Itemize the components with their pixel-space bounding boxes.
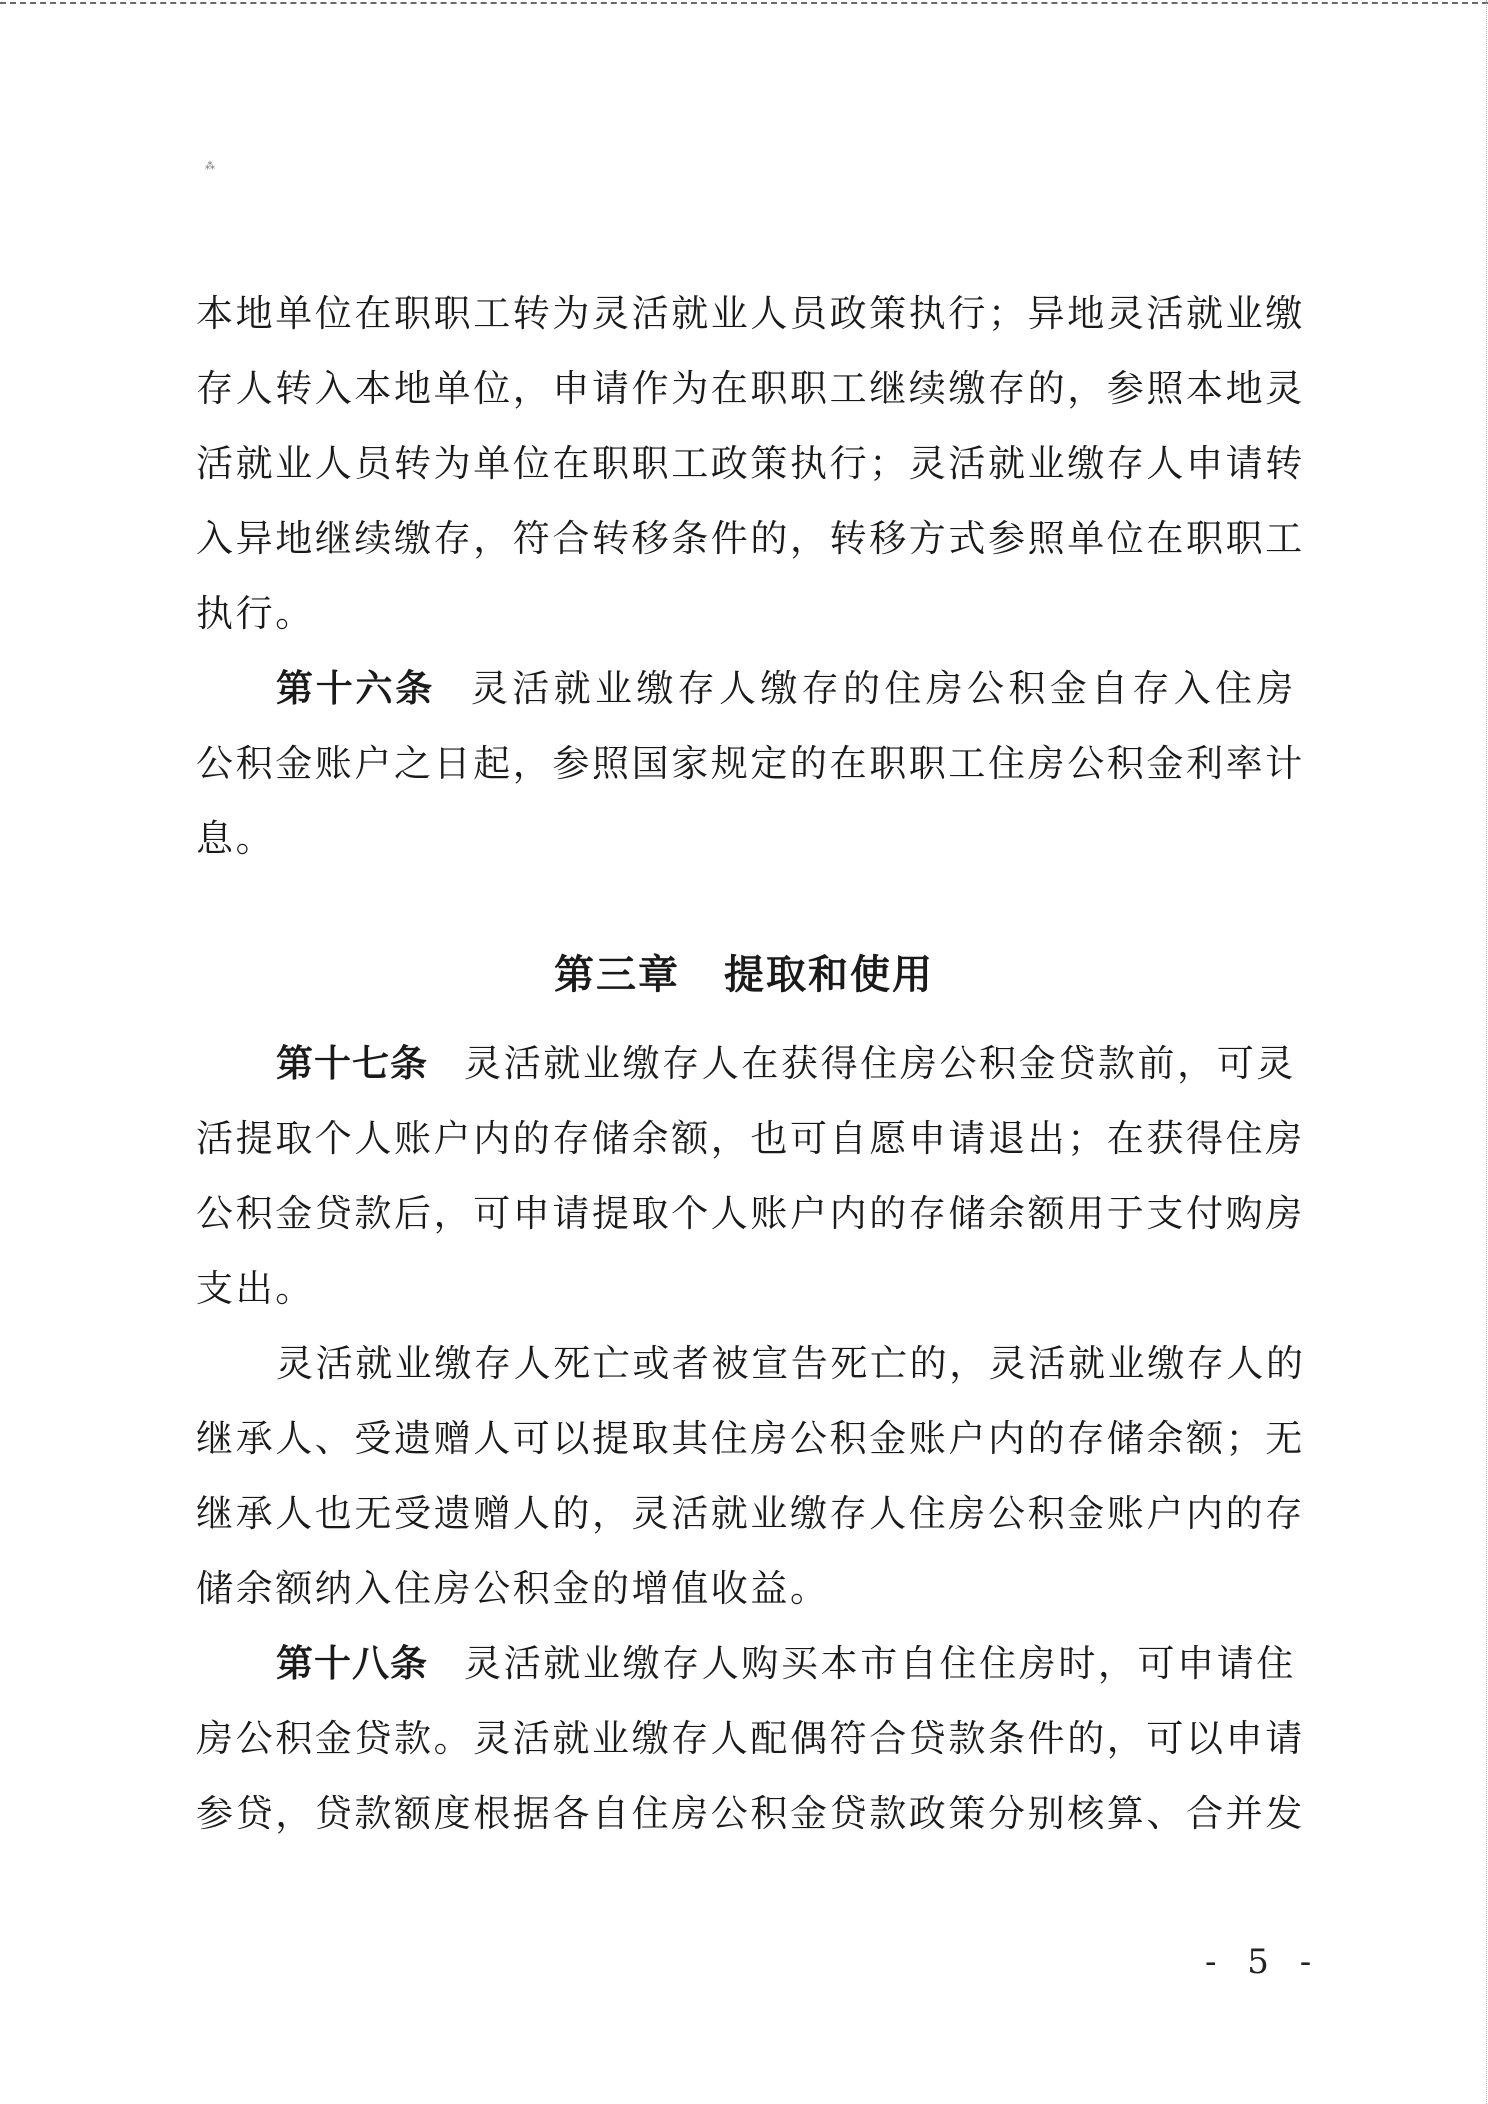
text-line: 执行。: [196, 590, 315, 638]
text-line: 存人转入本地单位，申请作为在职职工继续缴存的，参照本地灵: [196, 365, 1296, 413]
scan-speck-mark: ⁂: [205, 163, 215, 171]
text-line: 继承人、受遗赠人可以提取其住房公积金账户内的存储余额；无: [196, 1415, 1296, 1463]
text-line: 房公积金贷款。灵活就业缴存人配偶符合贷款条件的，可以申请: [196, 1715, 1296, 1763]
article-text: 灵活就业缴存人在获得住房公积金贷款前，可灵: [464, 1042, 1296, 1085]
article-label: 第十六条: [276, 667, 435, 710]
text-line: 息。: [196, 815, 275, 863]
text-line: 支出。: [196, 1265, 315, 1313]
text-line: 活提取个人账户内的存储余额，也可自愿申请退出；在获得住房: [196, 1115, 1296, 1163]
text-line: 继承人也无受遗赠人的，灵活就业缴存人住房公积金账户内的存: [196, 1490, 1296, 1538]
text-line: 灵活就业缴存人死亡或者被宣告死亡的，灵活就业缴存人的: [276, 1340, 1296, 1388]
scan-top-border: [0, 2, 1488, 4]
article-first-line: 第十八条灵活就业缴存人购买本市自住住房时，可申请住: [276, 1640, 1296, 1688]
text-line: 活就业人员转为单位在职职工政策执行；灵活就业缴存人申请转: [196, 440, 1296, 488]
article-label: 第十七条: [276, 1042, 428, 1085]
text-line: 本地单位在职职工转为灵活就业人员政策执行；异地灵活就业缴: [196, 290, 1296, 338]
chapter-heading: 第三章提取和使用: [0, 950, 1488, 1000]
text-line: 储余额纳入住房公积金的增值收益。: [196, 1565, 830, 1613]
article-text: 灵活就业缴存人购买本市自住住房时，可申请住: [464, 1642, 1296, 1685]
article-first-line: 第十六条灵活就业缴存人缴存的住房公积金自存入住房: [276, 665, 1296, 713]
scan-right-border: [1486, 0, 1487, 2104]
article-text: 灵活就业缴存人缴存的住房公积金自存入住房: [471, 667, 1296, 710]
article-label: 第十八条: [276, 1642, 428, 1685]
text-line: 参贷，贷款额度根据各自住房公积金贷款政策分别核算、合并发: [196, 1790, 1296, 1838]
chapter-number: 第三章: [554, 952, 680, 998]
text-line: 公积金账户之日起，参照国家规定的在职职工住房公积金利率计: [196, 740, 1296, 788]
text-line: 公积金贷款后，可申请提取个人账户内的存储余额用于支付购房: [196, 1190, 1296, 1238]
text-line: 入异地继续缴存，符合转移条件的，转移方式参照单位在职职工: [196, 515, 1296, 563]
page-number: - 5 -: [1205, 1942, 1321, 1982]
chapter-title-text: 提取和使用: [724, 952, 934, 998]
article-first-line: 第十七条灵活就业缴存人在获得住房公积金贷款前，可灵: [276, 1040, 1296, 1088]
